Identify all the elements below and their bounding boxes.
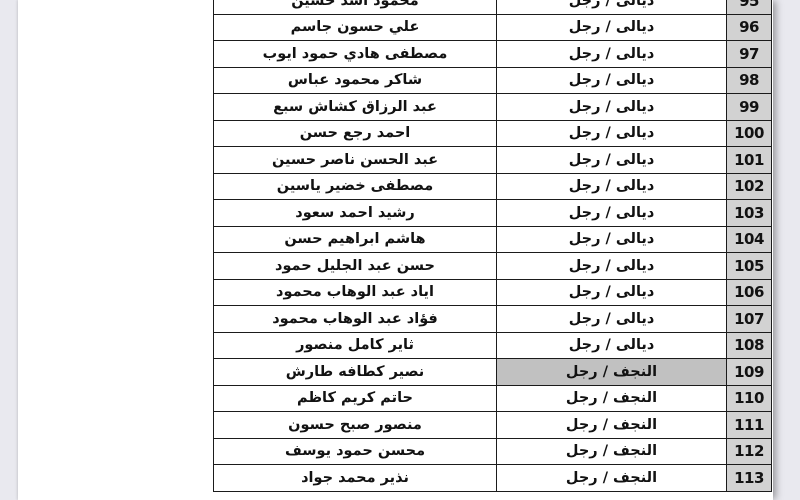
table-row: 103ديالى / رجلرشيد احمد سعود	[214, 200, 772, 227]
row-number-cell: 96	[727, 14, 772, 41]
table-row: 95ديالى / رجلمحمود اسد حسين	[214, 0, 772, 14]
row-number-cell: 100	[727, 120, 772, 147]
name-cell: فؤاد عبد الوهاب محمود	[214, 306, 497, 333]
name-cell: احمد رجع حسن	[214, 120, 497, 147]
name-cell: نذير محمد جواد	[214, 465, 497, 492]
name-cell: شاكر محمود عباس	[214, 67, 497, 94]
row-number-cell: 107	[727, 306, 772, 333]
name-cell: رشيد احمد سعود	[214, 200, 497, 227]
table-row: 101ديالى / رجلعبد الحسن ناصر حسين	[214, 147, 772, 174]
name-cell: منصور صبح حسون	[214, 412, 497, 439]
governorate-gender-cell: ديالى / رجل	[497, 306, 727, 333]
row-number-cell: 99	[727, 94, 772, 121]
governorate-gender-cell: ديالى / رجل	[497, 94, 727, 121]
row-number-cell: 111	[727, 412, 772, 439]
name-cell: مصطفى هادي حمود ايوب	[214, 41, 497, 68]
governorate-gender-cell: ديالى / رجل	[497, 14, 727, 41]
row-number-cell: 102	[727, 173, 772, 200]
table-row: 108ديالى / رجلثاير كامل منصور	[214, 332, 772, 359]
name-cell: حاتم كريم كاظم	[214, 385, 497, 412]
governorate-gender-cell: ديالى / رجل	[497, 0, 727, 14]
governorate-gender-cell: ديالى / رجل	[497, 332, 727, 359]
name-cell: حسن عبد الجليل حمود	[214, 253, 497, 280]
row-number-cell: 105	[727, 253, 772, 280]
row-number-cell: 97	[727, 41, 772, 68]
table-row: 100ديالى / رجلاحمد رجع حسن	[214, 120, 772, 147]
table-row: 98ديالى / رجلشاكر محمود عباس	[214, 67, 772, 94]
governorate-gender-cell: ديالى / رجل	[497, 253, 727, 280]
row-number-cell: 106	[727, 279, 772, 306]
table-row: 105ديالى / رجلحسن عبد الجليل حمود	[214, 253, 772, 280]
row-number-cell: 110	[727, 385, 772, 412]
governorate-gender-cell: ديالى / رجل	[497, 147, 727, 174]
name-cell: ثاير كامل منصور	[214, 332, 497, 359]
governorate-gender-cell: النجف / رجل	[497, 438, 727, 465]
row-number-cell: 103	[727, 200, 772, 227]
row-number-cell: 109	[727, 359, 772, 386]
table-row: 112النجف / رجلمحسن حمود يوسف	[214, 438, 772, 465]
table-row: 104ديالى / رجلهاشم ابراهيم حسن	[214, 226, 772, 253]
table-container: 95ديالى / رجلمحمود اسد حسين96ديالى / رجل…	[213, 0, 772, 492]
row-number-cell: 113	[727, 465, 772, 492]
name-cell: علي حسون جاسم	[214, 14, 497, 41]
governorate-gender-cell: النجف / رجل	[497, 465, 727, 492]
governorate-gender-cell: ديالى / رجل	[497, 279, 727, 306]
governorate-gender-cell: النجف / رجل	[497, 359, 727, 386]
name-cell: هاشم ابراهيم حسن	[214, 226, 497, 253]
table-row: 113النجف / رجلنذير محمد جواد	[214, 465, 772, 492]
table-row: 99ديالى / رجلعبد الرزاق كشاش سبع	[214, 94, 772, 121]
row-number-cell: 101	[727, 147, 772, 174]
governorate-gender-cell: النجف / رجل	[497, 385, 727, 412]
governorate-gender-cell: النجف / رجل	[497, 412, 727, 439]
governorate-gender-cell: ديالى / رجل	[497, 200, 727, 227]
governorate-gender-cell: ديالى / رجل	[497, 67, 727, 94]
row-number-cell: 112	[727, 438, 772, 465]
name-cell: اياد عبد الوهاب محمود	[214, 279, 497, 306]
row-number-cell: 95	[727, 0, 772, 14]
results-table: 95ديالى / رجلمحمود اسد حسين96ديالى / رجل…	[213, 0, 772, 492]
name-cell: محمود اسد حسين	[214, 0, 497, 14]
row-number-cell: 104	[727, 226, 772, 253]
governorate-gender-cell: ديالى / رجل	[497, 226, 727, 253]
table-row: 107ديالى / رجلفؤاد عبد الوهاب محمود	[214, 306, 772, 333]
table-row: 96ديالى / رجلعلي حسون جاسم	[214, 14, 772, 41]
table-row: 110النجف / رجلحاتم كريم كاظم	[214, 385, 772, 412]
name-cell: نصير كطافه طارش	[214, 359, 497, 386]
governorate-gender-cell: ديالى / رجل	[497, 120, 727, 147]
governorate-gender-cell: ديالى / رجل	[497, 41, 727, 68]
table-row: 97ديالى / رجلمصطفى هادي حمود ايوب	[214, 41, 772, 68]
table-body: 95ديالى / رجلمحمود اسد حسين96ديالى / رجل…	[214, 0, 772, 491]
table-row: 102ديالى / رجلمصطفى خضير ياسين	[214, 173, 772, 200]
name-cell: مصطفى خضير ياسين	[214, 173, 497, 200]
document-page: 95ديالى / رجلمحمود اسد حسين96ديالى / رجل…	[18, 0, 773, 500]
table-row: 106ديالى / رجلاياد عبد الوهاب محمود	[214, 279, 772, 306]
name-cell: عبد الحسن ناصر حسين	[214, 147, 497, 174]
table-row: 109النجف / رجلنصير كطافه طارش	[214, 359, 772, 386]
row-number-cell: 98	[727, 67, 772, 94]
governorate-gender-cell: ديالى / رجل	[497, 173, 727, 200]
table-row: 111النجف / رجلمنصور صبح حسون	[214, 412, 772, 439]
name-cell: محسن حمود يوسف	[214, 438, 497, 465]
name-cell: عبد الرزاق كشاش سبع	[214, 94, 497, 121]
row-number-cell: 108	[727, 332, 772, 359]
